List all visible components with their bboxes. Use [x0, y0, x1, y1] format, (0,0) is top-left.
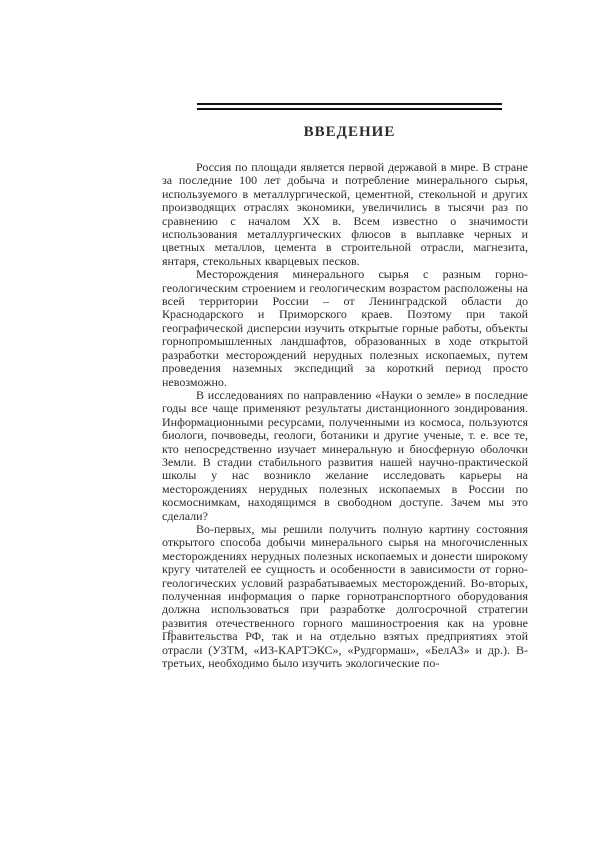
- paragraph: Месторождения минерального сырья с разны…: [162, 268, 528, 389]
- page-number: 8: [168, 628, 174, 640]
- paragraph: Во-первых, мы решили получить полную кар…: [162, 523, 528, 670]
- chapter-heading: ВВЕДЕНИЕ: [197, 124, 502, 141]
- paragraph: Россия по площади является первой держав…: [162, 161, 528, 268]
- page: ВВЕДЕНИЕ Россия по площади является перв…: [0, 0, 600, 849]
- body-text: Россия по площади является первой держав…: [162, 161, 528, 670]
- paragraph: В исследованиях по направлению «Науки о …: [162, 389, 528, 523]
- double-rule: [197, 103, 502, 110]
